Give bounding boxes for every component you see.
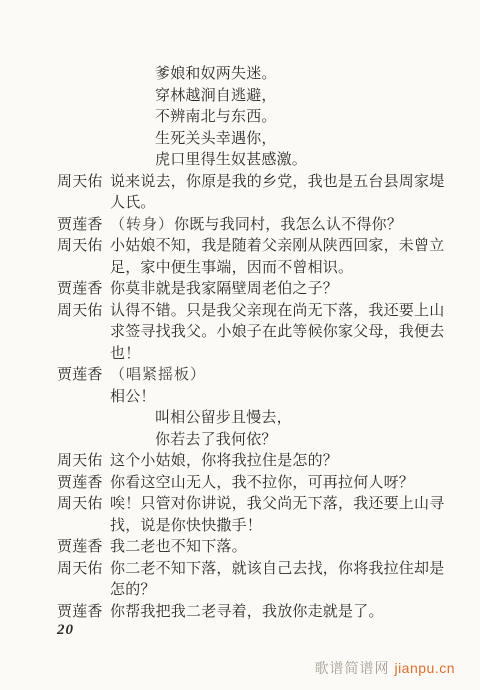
verse-line: 你若去了我何依？ [57, 430, 457, 452]
role-name: 周天佑 [57, 451, 110, 473]
speech-text: 你既与我同村，我怎么认不得你？ [174, 217, 402, 233]
verse-line: 叫相公留步且慢去， [57, 408, 457, 430]
stage-direction: （唱紧摇板） [110, 367, 206, 383]
verse-line: 虎口里得生奴甚感激。 [57, 150, 457, 172]
role-name: 贾莲香 [57, 279, 110, 301]
dialogue-line: 周天佑你二老不知下落，就该自己去找，你将我拉住却是 [57, 559, 457, 581]
speech-text: 找，说是你快快撒手！ [110, 518, 262, 534]
verse-line: 穿林越涧自逃避， [57, 86, 457, 108]
dialogue-continuation: 求签寻找我父。小娘子在此等候你家父母，我便去 [57, 322, 457, 344]
stage-direction: （转身） [110, 217, 174, 233]
dialogue-line: 贾莲香（唱紧摇板） [57, 365, 457, 387]
scanned-script-page: 爹娘和奴两失迷。 穿林越涧自逃避， 不辨南北与东西。 生死关头幸遇你， 虎口里得… [0, 0, 480, 690]
dialogue-line: 周天佑小姑娘不知，我是随着父亲刚从陕西回家，未曾立 [57, 236, 457, 258]
verse-line: 不辨南北与东西。 [57, 107, 457, 129]
script-text-block: 爹娘和奴两失迷。 穿林越涧自逃避， 不辨南北与东西。 生死关头幸遇你， 虎口里得… [57, 64, 457, 623]
speech-text: 也！ [110, 346, 140, 362]
speech-text: 足，家中便生事端，因而不曾相识。 [110, 260, 353, 276]
dialogue-continuation: 足，家中便生事端，因而不曾相识。 [57, 258, 457, 280]
dialogue-line: 周天佑说来说去，你原是我的乡党，我也是五台县周家堤 [57, 172, 457, 194]
role-name: 周天佑 [57, 494, 110, 516]
dialogue-continuation: 怎的？ [57, 580, 457, 602]
dialogue-line: 贾莲香你看这空山无人，我不拉你，可再拉何人呀？ [57, 473, 457, 495]
speech-text: 你帮我把我二老寻着，我放你走就是了。 [110, 604, 384, 620]
watermark: 歌谱简谱网jianpu.cn [314, 658, 455, 678]
role-name: 周天佑 [57, 236, 110, 258]
verse-text: 你若去了我何依？ [155, 432, 277, 448]
role-name: 贾莲香 [57, 473, 110, 495]
speech-text: 小姑娘不知，我是随着父亲刚从陕西回家，未曾立 [110, 238, 444, 254]
verse-line: 生死关头幸遇你， [57, 129, 457, 151]
dialogue-line: 贾莲香（转身）你既与我同村，我怎么认不得你？ [57, 215, 457, 237]
verse-text: 爹娘和奴两失迷。 [155, 66, 277, 82]
speech-text: 说来说去，你原是我的乡党，我也是五台县周家堤 [110, 174, 444, 190]
speech-text: 怎的？ [110, 582, 156, 598]
page-number: 20 [57, 622, 74, 639]
speech-text: 认得不错。只是我父亲现在尚无下落，我还要上山 [110, 303, 444, 319]
dialogue-line: 周天佑唉！只管对你讲说，我父尚无下落，我还要上山寻 [57, 494, 457, 516]
verse-text: 虎口里得生奴甚感激。 [155, 152, 307, 168]
role-name: 周天佑 [57, 559, 110, 581]
speech-text: 相公！ [110, 389, 156, 405]
verse-text: 穿林越涧自逃避， [155, 88, 277, 104]
speech-text: 唉！只管对你讲说，我父尚无下落，我还要上山寻 [110, 496, 444, 512]
speech-text: 你看这空山无人，我不拉你，可再拉何人呀？ [110, 475, 414, 491]
dialogue-continuation: 人氏。 [57, 193, 457, 215]
speech-text: 人氏。 [110, 195, 156, 211]
dialogue-continuation: 找，说是你快快撒手！ [57, 516, 457, 538]
speech-text: 你二老不知下落，就该自己去找，你将我拉住却是 [110, 561, 444, 577]
speech-text: 这个小姑娘，你将我拉住是怎的？ [110, 453, 338, 469]
role-name: 贾莲香 [57, 537, 110, 559]
watermark-site-name: 歌谱简谱网 [314, 660, 389, 676]
verse-text: 生死关头幸遇你， [155, 131, 277, 147]
dialogue-line: 周天佑认得不错。只是我父亲现在尚无下落，我还要上山 [57, 301, 457, 323]
dialogue-line: 周天佑这个小姑娘，你将我拉住是怎的？ [57, 451, 457, 473]
verse-text: 不辨南北与东西。 [155, 109, 277, 125]
watermark-site-url: jianpu.cn [394, 660, 455, 676]
role-name: 周天佑 [57, 172, 110, 194]
role-name: 贾莲香 [57, 365, 110, 387]
dialogue-line: 贾莲香我二老也不知下落。 [57, 537, 457, 559]
verse-text: 叫相公留步且慢去， [155, 410, 292, 426]
role-name: 周天佑 [57, 301, 110, 323]
dialogue-continuation: 相公！ [57, 387, 457, 409]
speech-text: 我二老也不知下落。 [110, 539, 247, 555]
role-name: 贾莲香 [57, 215, 110, 237]
speech-text: 你莫非就是我家隔壁周老伯之子？ [110, 281, 338, 297]
dialogue-line: 贾莲香你莫非就是我家隔壁周老伯之子？ [57, 279, 457, 301]
speech-text: 求签寻找我父。小娘子在此等候你家父母，我便去 [110, 324, 444, 340]
dialogue-continuation: 也！ [57, 344, 457, 366]
role-name: 贾莲香 [57, 602, 110, 624]
verse-line: 爹娘和奴两失迷。 [57, 64, 457, 86]
dialogue-line: 贾莲香你帮我把我二老寻着，我放你走就是了。 [57, 602, 457, 624]
